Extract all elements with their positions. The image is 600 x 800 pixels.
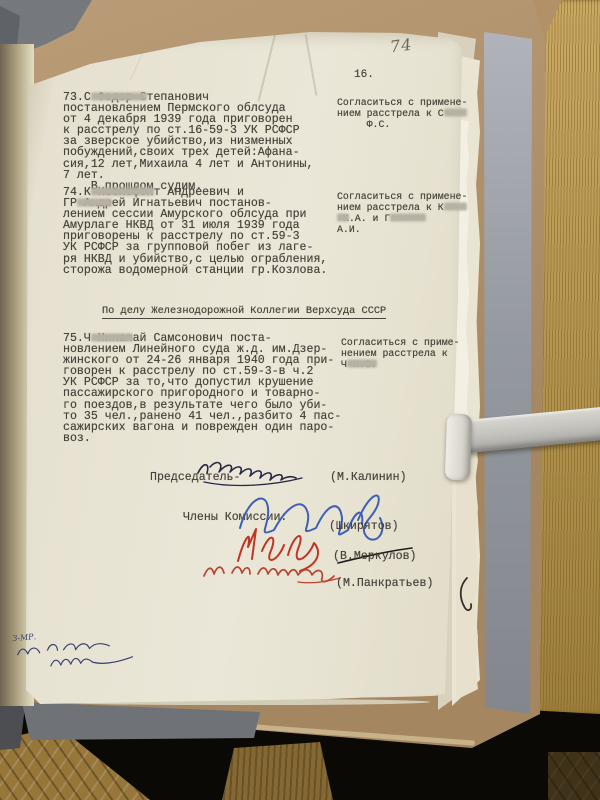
decision-annotation-73: Согласиться с примене- нием расстрела к … (337, 97, 467, 130)
case-entry-75: 75.Ч Николай Самсонович поста- новлением… (63, 333, 341, 444)
table-leg (220, 742, 335, 800)
case-entry-73: 73.С Федор Степанович постановлением Пер… (63, 92, 313, 192)
page-crease (258, 33, 277, 101)
metal-clamp-clip (445, 414, 472, 481)
photo-archival-document-on-desk: 74 16. 73.С Федор Степанович постановлен… (0, 0, 600, 800)
pencil-page-number: 74 (389, 35, 414, 57)
decision-annotation-74: Согласиться с примене- нием расстрела к … (337, 191, 467, 235)
typed-page-number: 16. (354, 70, 374, 81)
fastener-wire (455, 576, 475, 614)
chairman-typed-name: (М.Калинин) (330, 472, 407, 483)
decision-annotation-75: Согласиться с приме- нением расстрела к … (341, 337, 460, 370)
gray-back-cover (484, 32, 532, 714)
member-typed-name-pankratiev: (М.Панкратьев) (336, 578, 433, 589)
signature-kalinin (192, 455, 332, 489)
case-entry-74: 74.К Ксенофонт Андреевич и ГР Андрей Игн… (63, 187, 327, 276)
parquet-floor-dim (548, 752, 600, 800)
page-crease (305, 34, 318, 95)
